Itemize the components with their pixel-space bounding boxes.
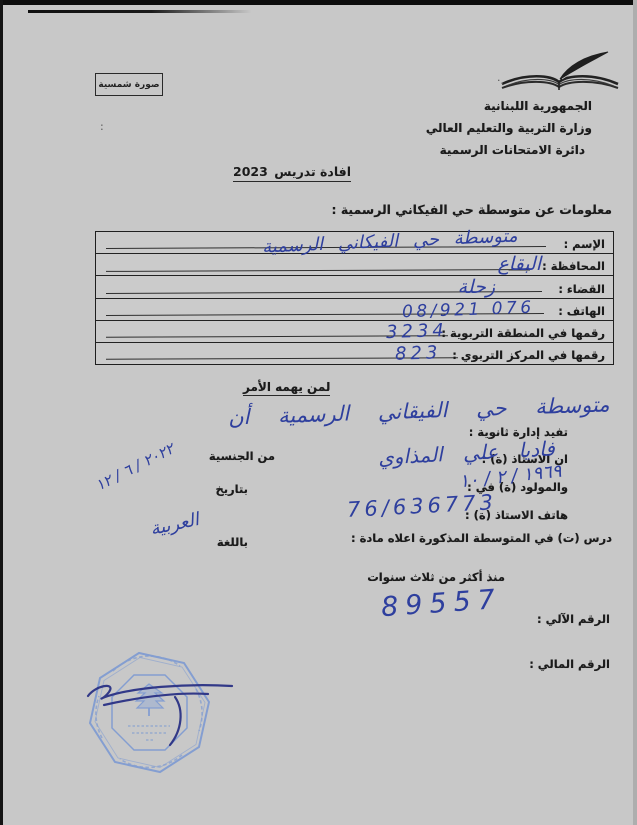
row-label: الإسم :: [564, 237, 605, 251]
duration-text: منذ أكثر من ثلاث سنوات: [367, 570, 505, 584]
nationality-label: من الجنسية: [209, 449, 275, 463]
table-row: المحافظة : البقاع: [96, 254, 613, 276]
school-info-heading: معلومات عن متوسطة حي الفيكاني الرسمية :: [332, 202, 613, 217]
scan-speck-mark: ·.: [497, 74, 504, 87]
photo-placeholder-label: صورة شمسية: [98, 80, 159, 90]
photo-placeholder-box: صورة شمسية: [95, 73, 163, 96]
row-label: الهاتف :: [558, 304, 605, 318]
scan-top-edge: [0, 0, 637, 5]
row-label: المحافظة :: [542, 259, 605, 273]
row-value-handwritten: البقاع: [497, 253, 541, 275]
language-handwritten: العربية: [148, 509, 200, 540]
financial-number-label: الرقم المالي :: [529, 657, 610, 671]
scan-colon-mark: :: [100, 120, 104, 133]
auto-number-handwritten: 89557: [380, 584, 503, 623]
row-label: رقمها في المركز التربوي :: [452, 348, 605, 362]
row-value-handwritten: 823: [394, 342, 441, 365]
row-value-handwritten: 3234: [386, 320, 449, 343]
table-row: رقمها في المركز التربوي : 823: [96, 343, 613, 364]
scanned-document-page: صورة شمسية ·. الجمهورية اللبنانية وزارة …: [0, 0, 637, 825]
table-row: القضاء : زحلة: [96, 276, 613, 298]
table-row: رقمها في المنطقة التربوية : 3234: [96, 321, 613, 343]
scan-left-edge: [0, 0, 3, 825]
title-year: 2023: [233, 164, 268, 179]
header-exams-department: دائرة الامتحانات الرسمية: [440, 143, 585, 157]
row-value-handwritten: 08/921 076: [402, 297, 535, 322]
official-stamp-icon: [58, 626, 238, 796]
header-republic: الجمهورية اللبنانية: [484, 99, 592, 113]
title-text: افادة تدريس: [274, 164, 351, 179]
scan-top-line-artifact: [28, 10, 252, 13]
table-row: الهاتف : 08/921 076: [96, 299, 613, 321]
language-label: باللغة: [217, 535, 248, 549]
row-value-handwritten: متوسطة حي الفيكاني الرسمية: [262, 226, 518, 258]
scan-right-edge: [633, 0, 637, 825]
concern-heading: لمن يهمه الأمر: [243, 380, 330, 396]
auto-number-label: الرقم الآلي :: [537, 612, 610, 626]
fill-line: [106, 269, 530, 272]
table-row: الإسم : متوسطة حي الفيكاني الرسمية: [96, 232, 613, 254]
header-ministry: وزارة التربية والتعليم العالي: [426, 121, 592, 135]
school-info-table: الإسم : متوسطة حي الفيكاني الرسمية المحا…: [95, 231, 614, 365]
issue-date-label: بتاريخ: [215, 482, 248, 496]
row-label: رقمها في المنطقة التربوية :: [441, 326, 605, 340]
taught-subject-label: درس (ت) في المتوسطة المذكورة اعلاه مادة …: [351, 531, 612, 545]
row-label: القضاء :: [558, 282, 605, 296]
issue-date-handwritten: ٢٠٢٢ / ٦ / ١٢: [93, 440, 177, 495]
document-title: افادة تدريس 2023: [233, 164, 351, 182]
row-value-handwritten: زحلة: [458, 276, 495, 298]
open-book-logo-icon: [496, 46, 624, 104]
